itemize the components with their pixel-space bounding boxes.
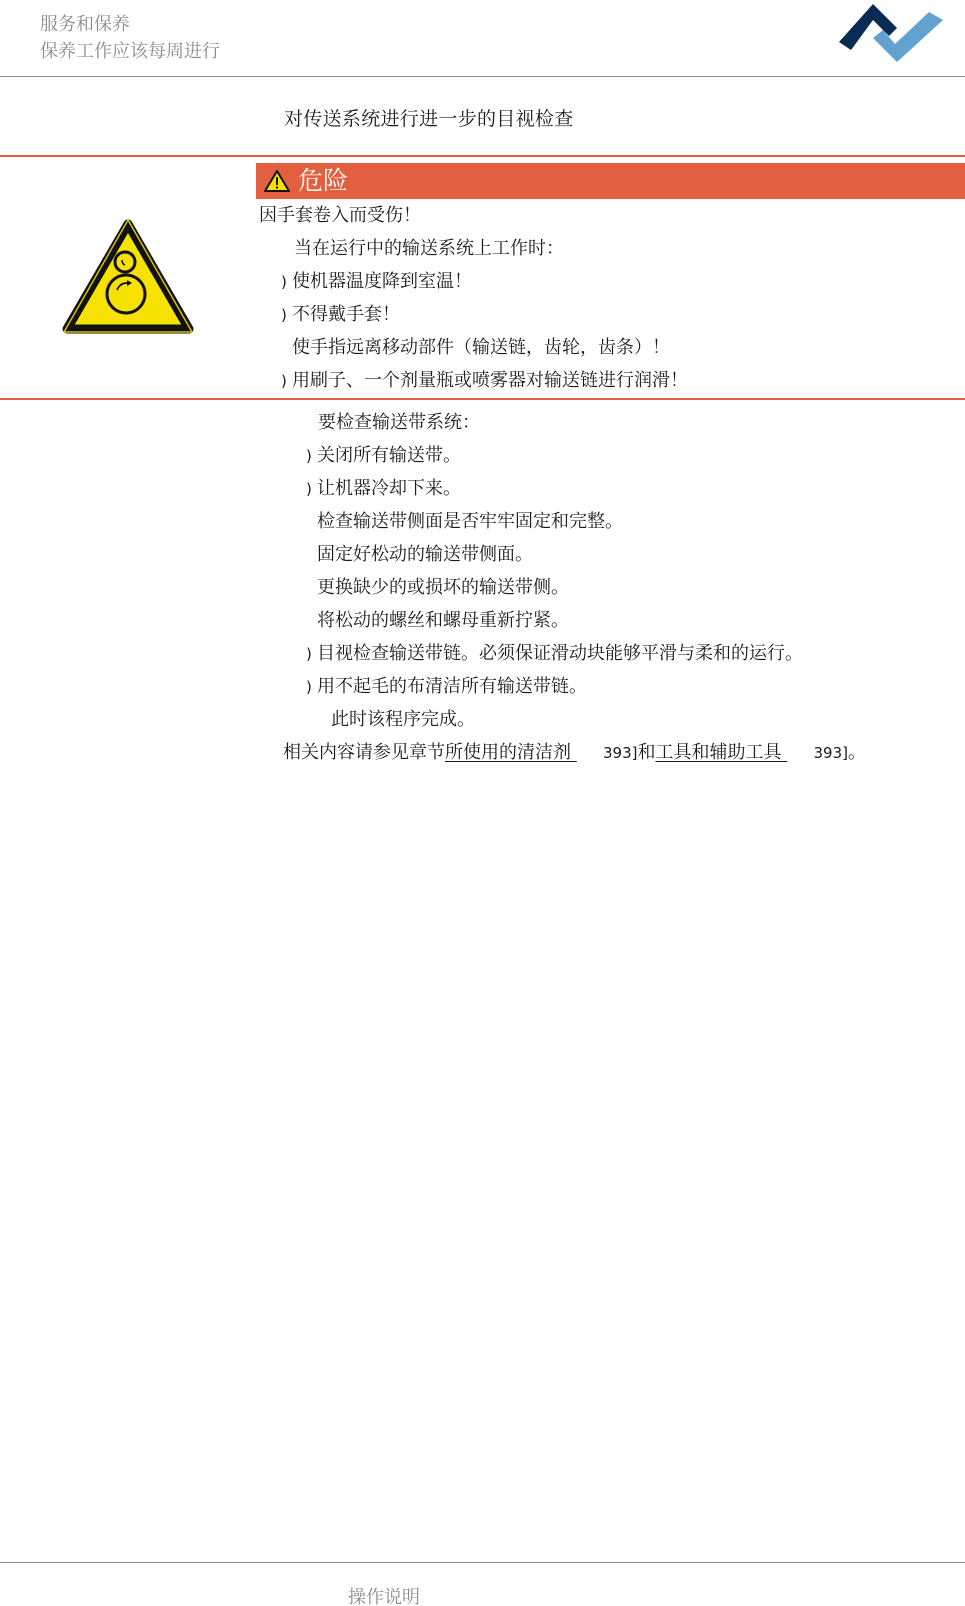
link-arrow-icon[interactable] — [571, 742, 579, 764]
bullet-icon: ) — [306, 445, 317, 467]
header-divider — [0, 76, 965, 77]
page-ref: 393] — [813, 744, 847, 762]
bullet-icon: ) — [281, 271, 292, 293]
danger-top-rule — [0, 155, 965, 157]
danger-item: )不得戴手套！ — [281, 304, 400, 326]
bullet-icon: ) — [306, 676, 317, 698]
footer-divider — [0, 1562, 965, 1563]
warning-triangle-icon — [264, 170, 290, 192]
procedure-step: 将松动的螺丝和螺母重新拧紧。 — [306, 610, 569, 632]
danger-bottom-rule — [0, 398, 965, 400]
danger-item: 使手指远离移动部件（输送链，齿轮，齿条）！ — [281, 337, 670, 359]
header-chapter: 服务和保养 — [40, 10, 130, 36]
danger-banner — [256, 163, 965, 199]
entanglement-rollers-warning-sign-icon — [62, 218, 194, 336]
company-logo-icon — [839, 2, 943, 64]
header-section: 保养工作应该每周进行 — [40, 37, 220, 63]
danger-intro: 当在运行中的输送系统上工作时： — [294, 238, 564, 260]
danger-item: )用刷子、一个剂量瓶或喷雾器对输送链进行润滑！ — [281, 370, 688, 392]
procedure-step: 更换缺少的或损坏的输送带侧。 — [306, 577, 569, 599]
procedure-step: )关闭所有输送带。 — [306, 445, 461, 467]
footer-text: 操作说明 — [348, 1583, 420, 1606]
danger-item: )使机器温度降到室温！ — [281, 271, 472, 293]
link-arrow-icon[interactable] — [781, 742, 789, 764]
procedure-step: )用不起毛的布清洁所有输送带链。 — [306, 676, 587, 698]
procedure-step: 检查输送带侧面是否牢牢固定和完整。 — [306, 511, 623, 533]
bullet-icon: ) — [306, 643, 317, 665]
link-tools-and-aids[interactable]: 工具和辅助工具 — [655, 742, 781, 763]
bullet-icon: ) — [281, 370, 292, 392]
bullet-icon: ) — [281, 304, 292, 326]
procedure-step: )让机器冷却下来。 — [306, 478, 461, 500]
procedure-result: 此时该程序完成。 — [331, 709, 475, 731]
link-cleaning-agents[interactable]: 所使用的清洁剂 — [445, 742, 571, 763]
page-ref: 393] — [603, 744, 637, 762]
bullet-icon: ) — [306, 478, 317, 500]
danger-label: 危险 — [298, 163, 348, 199]
reference-line: 相关内容请参见章节所使用的清洁剂 393]和工具和辅助工具 393]。 — [283, 742, 866, 764]
procedure-intro: 要检查输送带系统： — [318, 412, 480, 434]
page-title: 对传送系统进行进一步的目视检查 — [284, 104, 574, 131]
danger-heading: 因手套卷入而受伤！ — [259, 205, 421, 227]
procedure-step: 固定好松动的输送带侧面。 — [306, 544, 533, 566]
procedure-step: )目视检查输送带链。必须保证滑动块能够平滑与柔和的运行。 — [306, 643, 803, 665]
